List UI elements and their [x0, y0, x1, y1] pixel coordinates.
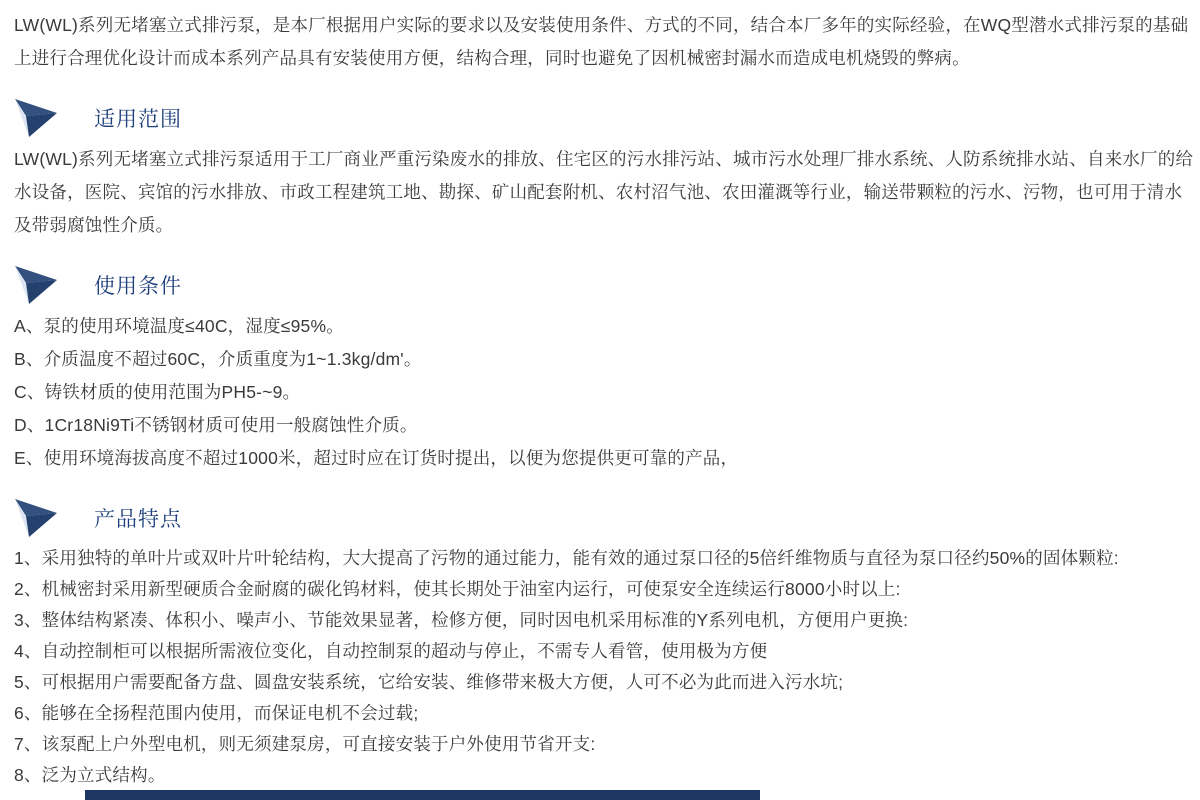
section-heading-scope: 适用范围 — [14, 97, 1194, 139]
section-title-conditions: 使用条件 — [94, 270, 182, 300]
intro-paragraph: LW(WL)系列无堵塞立式排污泵，是本厂根据用户实际的要求以及安装使用条件、方式… — [14, 9, 1194, 75]
list-item: 6、能够在全扬程范围内使用，而保证电机不会过载; — [14, 698, 1194, 729]
section-title-scope: 适用范围 — [94, 103, 182, 133]
list-item: 4、自动控制柜可以根据所需液位变化，自动控制泵的超动与停止，不需专人看管，使用极… — [14, 636, 1194, 667]
usage-conditions-list: A、泵的使用环境温度≤40C，湿度≤95%。 B、介质温度不超过60C，介质重度… — [14, 310, 1194, 475]
section-heading-conditions: 使用条件 — [14, 264, 1194, 306]
product-features-list: 1、采用独特的单叶片或双叶片叶轮结构，大大提高了污物的通过能力，能有效的通过泵口… — [14, 543, 1194, 791]
section-title-features: 产品特点 — [94, 503, 182, 533]
product-description-page: LW(WL)系列无堵塞立式排污泵，是本厂根据用户实际的要求以及安装使用条件、方式… — [0, 0, 1200, 791]
list-item: 1、采用独特的单叶片或双叶片叶轮结构，大大提高了污物的通过能力，能有效的通过泵口… — [14, 543, 1194, 574]
scope-paragraph: LW(WL)系列无堵塞立式排污泵适用于工厂商业严重污染废水的排放、住宅区的污水排… — [14, 143, 1194, 242]
list-item: C、铸铁材质的使用范围为PH5-~9。 — [14, 376, 1194, 409]
arrow-marker-icon — [12, 265, 60, 305]
list-item: A、泵的使用环境温度≤40C，湿度≤95%。 — [14, 310, 1194, 343]
list-item: 8、泛为立式结构。 — [14, 760, 1194, 791]
arrow-marker-icon — [12, 498, 60, 538]
list-item: E、使用环境海拔高度不超过1000米，超过时应在订货时提出，以便为您提供更可靠的… — [14, 442, 1194, 475]
list-item: 7、该泵配上户外型电机，则无须建泵房，可直接安装于户外使用节省开支: — [14, 729, 1194, 760]
list-item: D、1Cr18Ni9Ti不锈钢材质可使用一般腐蚀性介质。 — [14, 409, 1194, 442]
arrow-marker-icon — [12, 98, 60, 138]
section-heading-features: 产品特点 — [14, 497, 1194, 539]
list-item: 5、可根据用户需要配备方盘、圆盘安装系统，它给安装、维修带来极大方便，人可不必为… — [14, 667, 1194, 698]
bottom-bar — [85, 790, 760, 800]
list-item: 3、整体结构紧凑、体积小、噪声小、节能效果显著，检修方便，同时因电机采用标准的Y… — [14, 605, 1194, 636]
list-item: 2、机械密封采用新型硬质合金耐腐的碳化钨材料，使其长期处于油室内运行，可使泵安全… — [14, 574, 1194, 605]
list-item: B、介质温度不超过60C，介质重度为1~1.3kg/dm'。 — [14, 343, 1194, 376]
